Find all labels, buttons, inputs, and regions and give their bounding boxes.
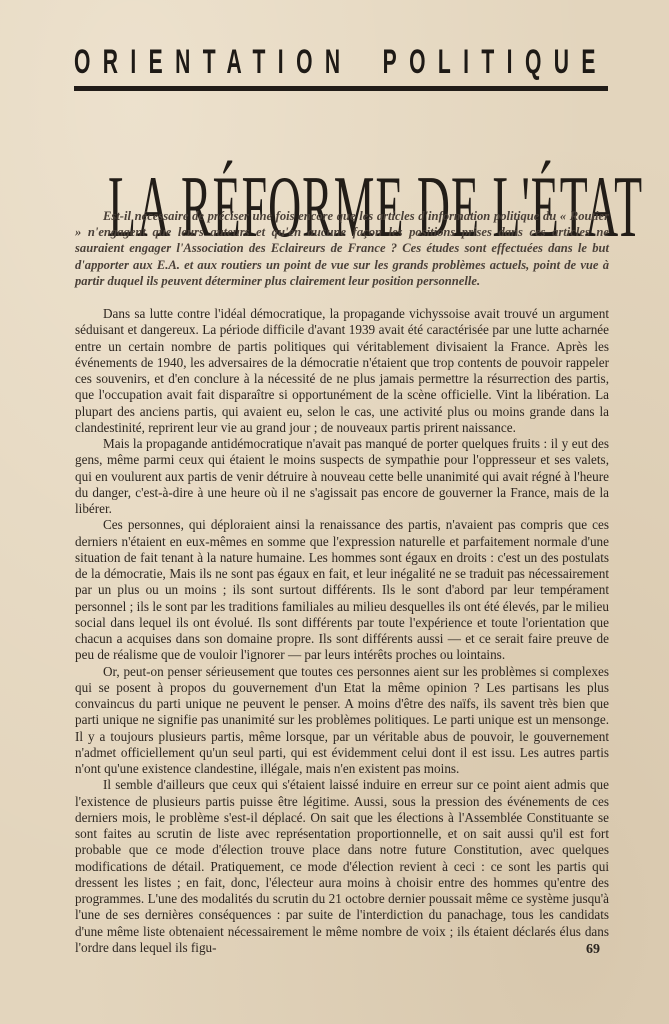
body-paragraph: Il semble d'ailleurs que ceux qui s'étai… (75, 777, 609, 956)
section-header-word-1: ORIENTATION (74, 43, 352, 82)
article-intro-disclaimer: Est-il nécessaire de préciser une fois e… (75, 208, 609, 289)
magazine-page: ORIENTATION POLITIQUE LA RÉFORME DE L'ÉT… (0, 0, 669, 1024)
section-header: ORIENTATION POLITIQUE (74, 42, 608, 82)
article-body: Dans sa lutte contre l'idéal démocratiqu… (75, 306, 609, 956)
body-paragraph: Ces personnes, qui déploraient ainsi la … (75, 517, 609, 663)
body-paragraph: Mais la propagande antidémocratique n'av… (75, 436, 609, 517)
page-number: 69 (586, 942, 600, 958)
body-paragraph: Dans sa lutte contre l'idéal démocratiqu… (75, 306, 609, 436)
section-header-word-2: POLITIQUE (383, 43, 608, 82)
body-paragraph: Or, peut-on penser sérieusement que tout… (75, 664, 609, 778)
header-rule-divider (74, 86, 608, 91)
